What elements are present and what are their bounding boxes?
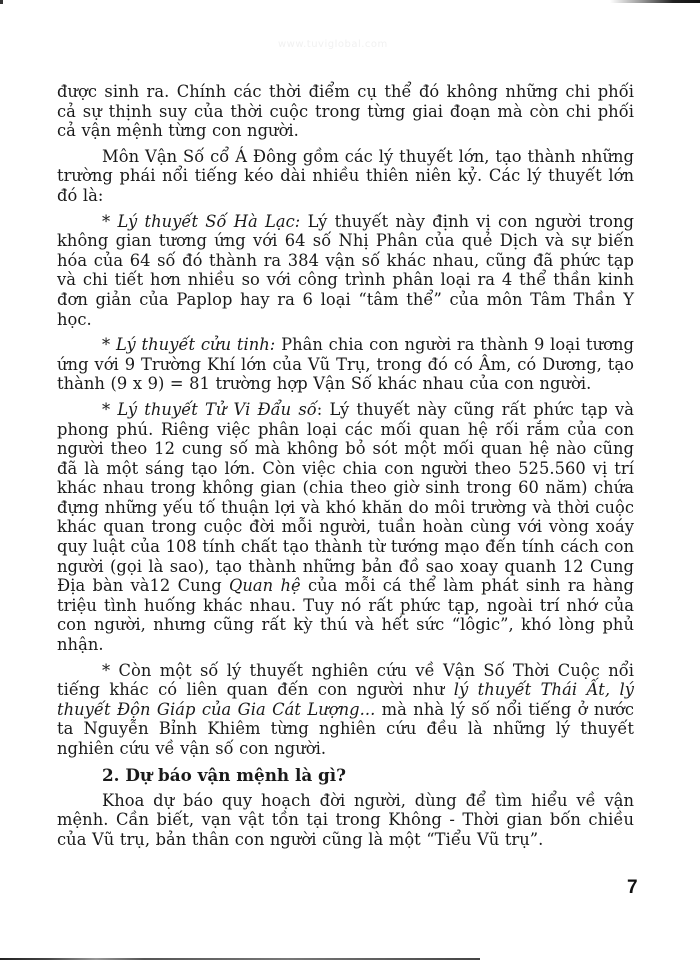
paragraph-cuu-tinh: * Lý thuyết cửu tinh: Phân chia con ngườ…	[57, 335, 634, 394]
italic-text-run: Lý thuyết cửu tinh:	[116, 335, 275, 354]
paragraph-intro: Môn Vận Số cổ Á Đông gồm các lý thuyết l…	[57, 147, 634, 206]
italic-text-run: Quan hệ	[229, 576, 301, 595]
text-run: được sinh ra. Chính các thời điểm cụ thể…	[57, 82, 634, 140]
paragraph-forecast: Khoa dự báo quy hoạch đời người, dùng để…	[57, 791, 634, 850]
text-run: : Lý thuyết này cũng rất phức tạp và pho…	[57, 400, 634, 595]
text-run: *	[102, 212, 117, 231]
scan-artifact-top-left	[0, 0, 3, 4]
italic-text-run: Lý thuyết Tử Vi Đẩu số	[117, 400, 316, 419]
paragraph-tu-vi: * Lý thuyết Tử Vi Đẩu số: Lý thuyết này …	[57, 400, 634, 655]
page-body: được sinh ra. Chính các thời điểm cụ thể…	[57, 82, 634, 855]
italic-text-run: Lý thuyết Số Hà Lạc:	[117, 212, 300, 231]
section-heading: 2. Dự báo vận mệnh là gì?	[57, 765, 634, 785]
text-run: *	[102, 335, 116, 354]
paragraph-ha-lac: * Lý thuyết Số Hà Lạc: Lý thuyết này địn…	[57, 212, 634, 330]
paragraph-continuation: được sinh ra. Chính các thời điểm cụ thể…	[57, 82, 634, 141]
text-run: *	[102, 400, 117, 419]
paragraph-other-theories: * Còn một số lý thuyết nghiên cứu về Vận…	[57, 661, 634, 759]
scan-artifact-top-right	[610, 0, 700, 3]
page-number: 7	[627, 877, 638, 899]
text-run: Môn Vận Số cổ Á Đông gồm các lý thuyết l…	[57, 147, 634, 205]
text-run: Khoa dự báo quy hoạch đời người, dùng để…	[57, 791, 634, 849]
watermark: www.tuviglobal.com	[278, 39, 388, 50]
book-page: www.tuviglobal.com được sinh ra. Chính c…	[0, 0, 700, 960]
